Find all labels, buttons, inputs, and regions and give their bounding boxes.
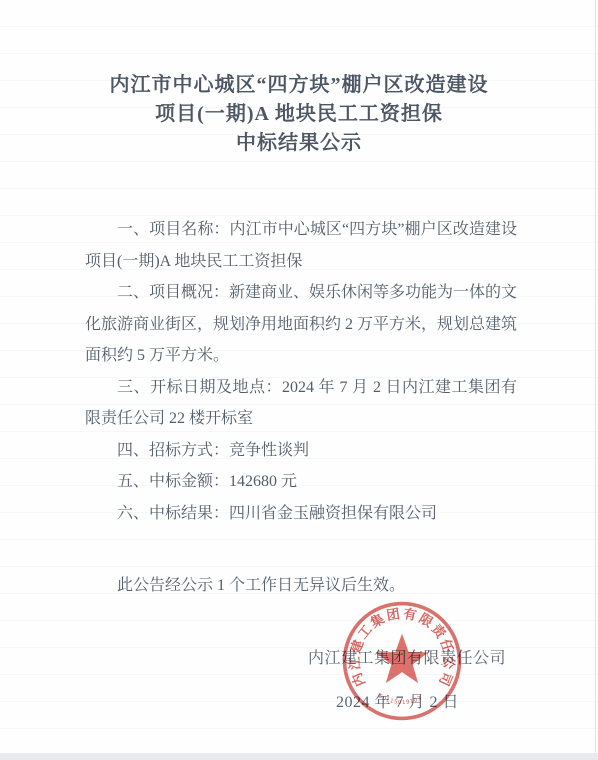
body-paragraph: 四、招标方式：竞争性谈判	[85, 435, 517, 467]
title-line-3: 中标结果公示	[0, 129, 598, 158]
title-line-2: 项目(一期)A 地块民工工资担保	[0, 100, 598, 129]
body-paragraph: 六、中标结果：四川省金玉融资担保有限公司	[85, 498, 517, 530]
body-paragraph: 二、项目概况：新建商业、娱乐休闲等多功能为一体的文化旅游商业街区，规划净用地面积…	[85, 277, 517, 372]
issuer-signature: 内江建工集团有限责任公司	[308, 645, 506, 668]
body-paragraph: 五、中标金额：142680 元	[85, 466, 517, 498]
closing-note: 此公告经公示 1 个工作日无异议后生效。	[85, 575, 517, 596]
body-paragraph: 一、项目名称：内江市中心城区“四方块”棚户区改造建设项目(一期)A 地块民工工资…	[85, 214, 517, 277]
document-page: 内江市中心城区“四方块”棚户区改造建设 项目(一期)A 地块民工工资担保 中标结…	[0, 0, 598, 760]
scan-edge-line	[595, 0, 596, 753]
document-title: 内江市中心城区“四方块”棚户区改造建设 项目(一期)A 地块民工工资担保 中标结…	[0, 71, 598, 158]
scan-edge-shadow	[0, 753, 598, 760]
title-line-1: 内江市中心城区“四方块”棚户区改造建设	[0, 71, 598, 100]
body-paragraph: 三、开标日期及地点：2024 年 7 月 2 日内江建工集团有限责任公司 22 …	[85, 372, 517, 435]
issue-date: 2024 年 7 月 2 日	[336, 689, 459, 712]
document-body: 一、项目名称：内江市中心城区“四方块”棚户区改造建设项目(一期)A 地块民工工资…	[85, 214, 517, 529]
